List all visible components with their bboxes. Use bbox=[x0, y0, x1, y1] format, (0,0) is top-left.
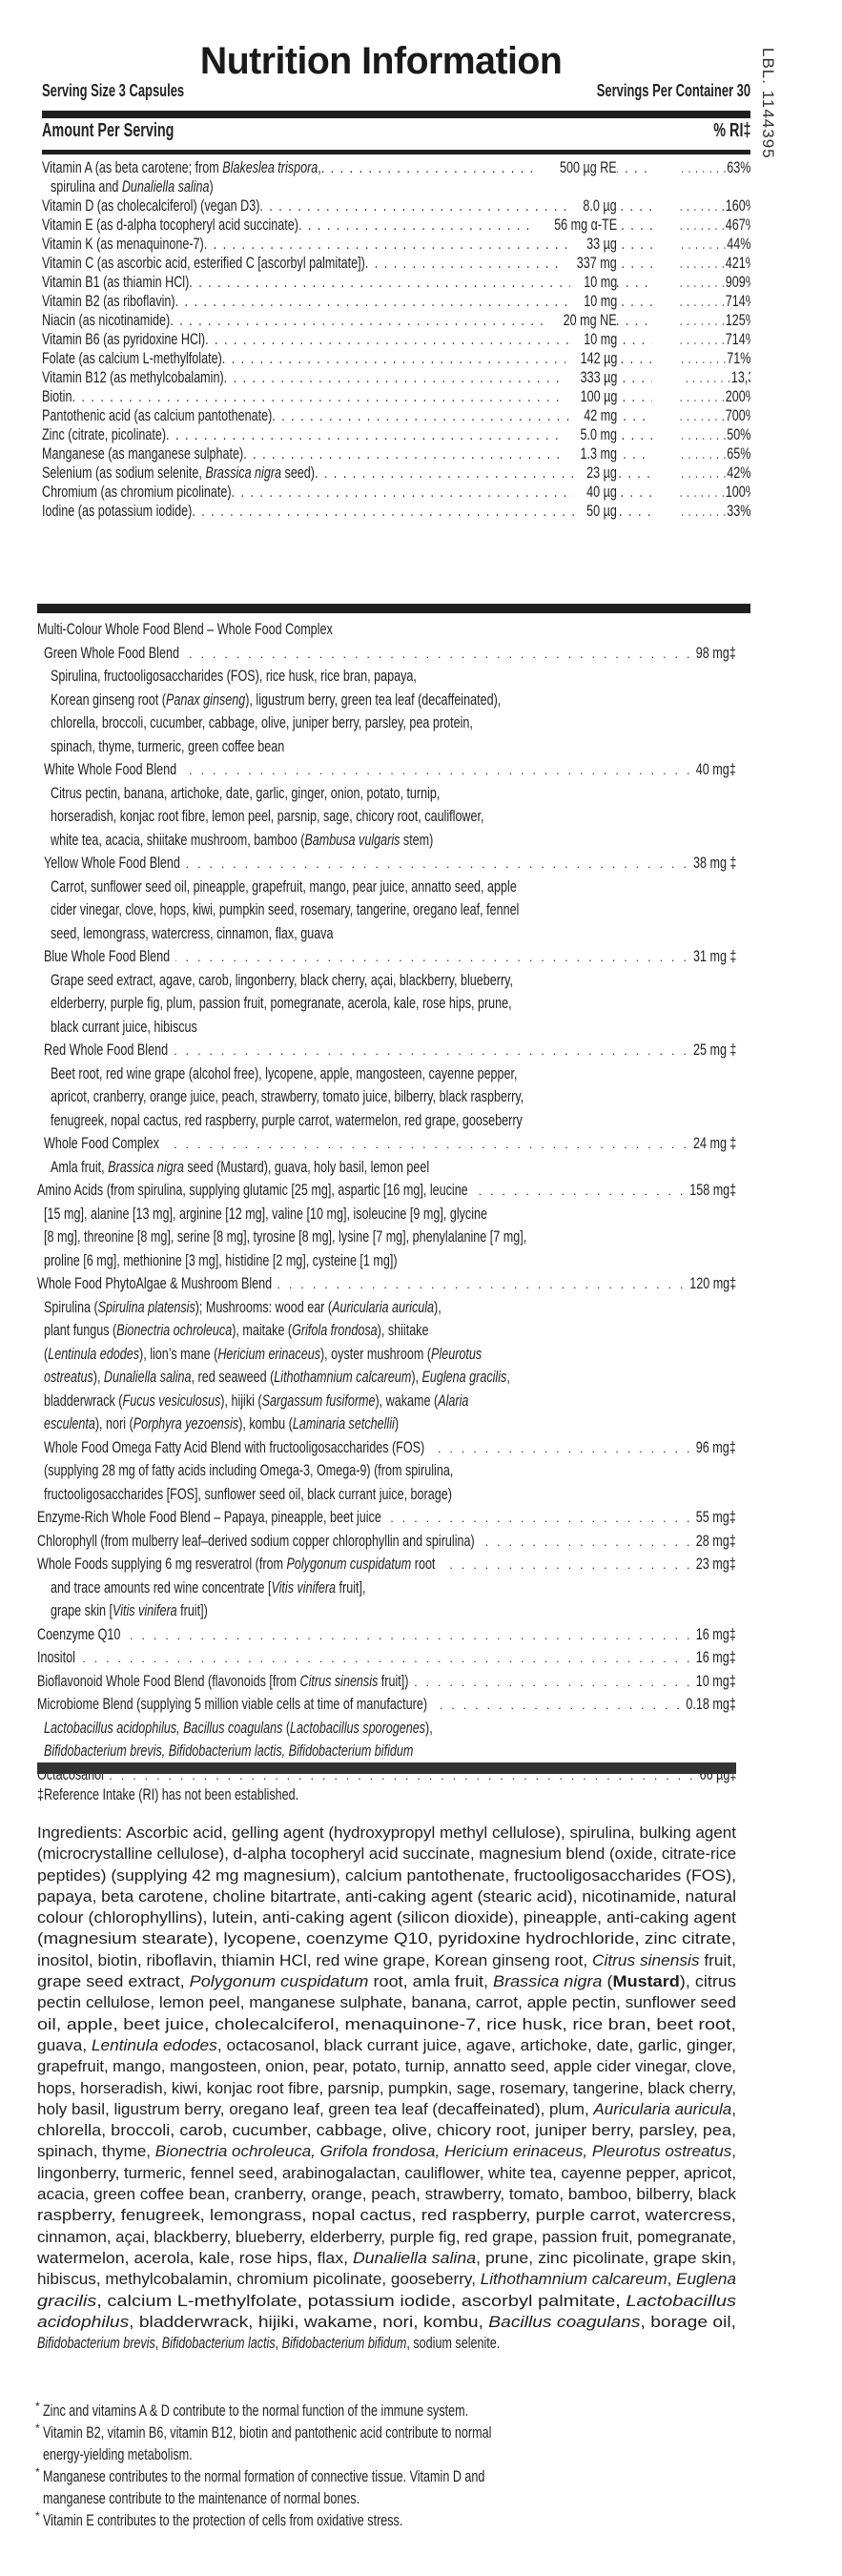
blend-text: elderberry, purple fig, plum, passion fr… bbox=[51, 992, 674, 1015]
ri-footnote-text: ‡Reference Intake (RI) has not been esta… bbox=[37, 1785, 298, 1804]
blend-text: [15 mg], alanine [13 mg], arginine [12 m… bbox=[44, 1203, 643, 1226]
vitamin-row: Pantothenic acid (as calcium pantothenat… bbox=[42, 406, 750, 425]
bottom-divider bbox=[37, 1762, 736, 1774]
blend-detail-line: esculenta), nori (Porphyra yezoensis), k… bbox=[37, 1412, 736, 1436]
serving-size: Serving Size 3 Capsules bbox=[42, 81, 184, 101]
nutrient-ri: . . . . . . . 467% bbox=[631, 216, 750, 235]
blend-text: ostreatus), Dunaliella salina, red seawe… bbox=[44, 1366, 674, 1389]
nutrient-name: Vitamin K (as menaquinone-7) . . . . . .… bbox=[42, 235, 652, 254]
nutrient-amount: 1.3 mg bbox=[565, 444, 617, 464]
dot-leader: . . . . . . . . . . . . . . . . . . . . … bbox=[430, 1436, 692, 1459]
blend-row: Multi-Colour Whole Food Blend – Whole Fo… bbox=[37, 618, 736, 642]
blend-detail-line: horseradish, konjac root fibre, lemon pe… bbox=[37, 805, 736, 829]
blend-detail-line: Korean ginseng root (Panax ginseng), lig… bbox=[37, 689, 736, 712]
blend-detail-line: (supplying 28 mg of fatty acids includin… bbox=[37, 1459, 736, 1483]
nutrient-name: Biotin . . . . . . . . . . . . . . . . .… bbox=[42, 387, 652, 406]
nutrient-ri: . . . . . . . 125% bbox=[631, 311, 750, 330]
dot-leader: . . . . . . . . . . . . . . . . . . . . … bbox=[126, 1623, 692, 1646]
ingredients-line: gracilis, calcium L-methylfolate, potass… bbox=[37, 2291, 743, 2312]
blend-detail-line: Beet root, red wine grape (alcohol free)… bbox=[37, 1062, 736, 1086]
blend-detail-line: (Lentinula edodes), lion’s mane (Hericiu… bbox=[37, 1343, 736, 1367]
blend-detail-line: grape skin [Vitis vinifera fruit]) bbox=[37, 1599, 736, 1623]
ingredients-list: Ingredients: Ascorbic acid, gelling agen… bbox=[37, 1823, 743, 2354]
nutrient-ri: . . . . . . . 200% bbox=[631, 387, 750, 406]
nutrient-ri: . . . . . . . 714% bbox=[631, 330, 750, 349]
nutrient-amount: 100 µg bbox=[565, 387, 617, 406]
blend-row: Yellow Whole Food Blend38 mg ‡. . . . . … bbox=[37, 852, 736, 876]
blend-text: horseradish, konjac root fibre, lemon pe… bbox=[51, 805, 636, 828]
ingredients-line: grapefruit, mango, mangosteen, onion, pe… bbox=[37, 2056, 743, 2077]
blend-detail-line: white tea, acacia, shiitake mushroom, ba… bbox=[37, 829, 736, 853]
blend-detail-line: elderberry, purple fig, plum, passion fr… bbox=[37, 992, 736, 1016]
blend-detail-line: plant fungus (Bionectria ochroleuca), ma… bbox=[37, 1319, 736, 1343]
ingredients-line: colour (chlorophyllins), lutein, anti-ca… bbox=[37, 1907, 743, 1928]
nutrient-amount: 142 µg bbox=[565, 349, 617, 368]
serving-info-row: Serving Size 3 Capsules Servings Per Con… bbox=[42, 81, 750, 106]
blend-detail-line: [15 mg], alanine [13 mg], arginine [12 m… bbox=[37, 1203, 736, 1226]
ingredients-line: grape seed extract, Polygonum cuspidatum… bbox=[37, 1971, 743, 1992]
dot-leader: . . . . . . . . . . . . . . . . . . . . … bbox=[433, 1693, 683, 1716]
ingredients-line: guava, Lentinula edodes, octacosanol, bl… bbox=[37, 2035, 743, 2056]
blend-detail-line: ostreatus), Dunaliella salina, red seawe… bbox=[37, 1366, 736, 1390]
vitamin-row: Vitamin D (as cholecalciferol) (vegan D3… bbox=[42, 196, 750, 216]
header-divider bbox=[42, 111, 750, 118]
blend-detail-line: Spirulina, fructooligosaccharides (FOS),… bbox=[37, 665, 736, 689]
blend-text: fenugreek, nopal cactus, red raspberry, … bbox=[51, 1109, 688, 1132]
vitamin-row: Manganese (as manganese sulphate) . . . … bbox=[42, 444, 750, 464]
blend-text: Multi-Colour Whole Food Blend – Whole Fo… bbox=[37, 618, 437, 641]
vitamin-row-continuation: spirulina and Dunaliella salina) bbox=[42, 177, 750, 196]
blend-row: Green Whole Food Blend98 mg‡. . . . . . … bbox=[37, 642, 736, 666]
ingredients-line: lingonberry, turmeric, fennel seed, arab… bbox=[37, 2163, 743, 2184]
vitamin-row: Vitamin B6 (as pyridoxine HCl) . . . . .… bbox=[42, 330, 750, 349]
vitamin-row: Zinc (citrate, picolinate) . . . . . . .… bbox=[42, 425, 750, 444]
vitamin-row: Chromium (as chromium picolinate) . . . … bbox=[42, 483, 750, 502]
label-code-text: LBL. 1144395 bbox=[758, 48, 777, 159]
nutrient-ri: . . . . . . . 71% bbox=[631, 349, 750, 368]
blend-row: Amino Acids (from spirulina, supplying g… bbox=[37, 1179, 736, 1203]
blend-detail-line: cider vinegar, clove, hops, kiwi, pumpki… bbox=[37, 898, 736, 922]
blend-detail-line: spinach, thyme, turmeric, green coffee b… bbox=[37, 735, 736, 759]
nutrient-amount: 500 µg RE bbox=[538, 158, 617, 177]
nutrient-amount: 333 µg bbox=[565, 368, 617, 387]
blend-text: Lactobacillus acidophilus, Bacillus coag… bbox=[44, 1717, 569, 1740]
blend-detail-line: bladderwrack (Fucus vesiculosus), hijiki… bbox=[37, 1390, 736, 1413]
nutrient-amount: 10 mg bbox=[570, 292, 617, 311]
nutrient-name: Iodine (as potassium iodide) . . . . . .… bbox=[42, 502, 652, 521]
blend-text: Amla fruit, Brassica nigra seed (Mustard… bbox=[51, 1156, 563, 1179]
dot-leader: . . . . . . . . . . . . . . . . . . . . … bbox=[441, 1553, 692, 1576]
nutrient-name: Chromium (as chromium picolinate) . . . … bbox=[42, 483, 652, 502]
nutrient-ri: . . . . . . . 421% bbox=[631, 254, 750, 273]
blend-detail-line: Citrus pectin, banana, artichoke, date, … bbox=[37, 782, 736, 806]
ingredients-line: chlorella, broccoli, carob, cucumber, ca… bbox=[37, 2120, 743, 2141]
ingredients-line: pectin cellulose, lemon peel, manganese … bbox=[37, 1992, 743, 2013]
nutrient-amount: 33 µg bbox=[574, 235, 617, 254]
title-text: Nutrition Information bbox=[200, 40, 562, 83]
nutrient-name: Vitamin B12 (as methylcobalamin) . . . .… bbox=[42, 368, 652, 387]
nutrient-ri: . . . . . . . 63% bbox=[631, 158, 750, 177]
dot-leader: . . . . . . . . . . . . . . . . . . . . … bbox=[182, 758, 692, 781]
nutrient-name: Vitamin B1 (as thiamin HCl) . . . . . . … bbox=[42, 273, 652, 292]
amount-divider bbox=[42, 150, 750, 155]
nutrient-amount: 10 mg bbox=[570, 330, 617, 349]
ingredients-line: raspberry, fenugreek, lemongrass, nopal … bbox=[37, 2205, 743, 2226]
health-claim-cont: energy-yielding metabolism. bbox=[35, 2443, 741, 2465]
ingredients-line: watermelon, acerola, kale, rose hips, fl… bbox=[37, 2248, 743, 2269]
ingredients-line: hibiscus, methylcobalamin, chromium pico… bbox=[37, 2269, 743, 2290]
blend-detail-line: Lactobacillus acidophilus, Bacillus coag… bbox=[37, 1717, 736, 1741]
nutrient-ri: . . . . . . . 42% bbox=[631, 464, 750, 483]
blend-detail-line: chlorella, broccoli, cucumber, cabbage, … bbox=[37, 711, 736, 735]
nutrient-name: Vitamin B2 (as riboflavin) . . . . . . .… bbox=[42, 292, 652, 311]
dot-leader: . . . . . . . . . . . . . . . . . . . . … bbox=[174, 1039, 688, 1061]
ingredients-line: holy basil, ligustrum berry, oregano lea… bbox=[37, 2099, 743, 2120]
dot-leader: . . . . . . . . . . . . . . . . . . . . … bbox=[474, 1179, 686, 1202]
ingredients-line: inositol, biotin, riboflavin, thiamin HC… bbox=[37, 1950, 743, 1971]
nutrient-name: Pantothenic acid (as calcium pantothenat… bbox=[42, 406, 652, 425]
nutrient-name: Selenium (as sodium selenite, Brassica n… bbox=[42, 464, 652, 483]
vitamin-row: Vitamin B1 (as thiamin HCl) . . . . . . … bbox=[42, 273, 750, 292]
ingredients-line: spinach, thyme, Bionectria ochroleuca, G… bbox=[37, 2141, 743, 2162]
ingredients-line: (microcrystalline cellulose), d-alpha to… bbox=[37, 1844, 743, 1865]
blend-text: bladderwrack (Fucus vesiculosus), hijiki… bbox=[44, 1390, 618, 1412]
blend-text: plant fungus (Bionectria ochroleuca), ma… bbox=[44, 1319, 564, 1342]
ingredients-line: Ingredients: Ascorbic acid, gelling agen… bbox=[37, 1823, 743, 1844]
blend-row: Red Whole Food Blend25 mg ‡. . . . . . .… bbox=[37, 1039, 736, 1062]
blend-text: Spirulina, fructooligosaccharides (FOS),… bbox=[51, 665, 545, 688]
blend-text: (Lentinula edodes), lion’s mane (Hericiu… bbox=[44, 1343, 636, 1366]
blend-row: Enzyme-Rich Whole Food Blend – Papaya, p… bbox=[37, 1506, 736, 1530]
nutrient-ri: . . . . . . . 909% bbox=[631, 273, 750, 292]
dot-leader: . . . . . . . . . . . . . . . . . . . . … bbox=[175, 945, 688, 968]
ingredients-line: cinnamon, açai, blackberry, blueberry, e… bbox=[37, 2227, 743, 2248]
blend-text: Korean ginseng root (Panax ginseng), lig… bbox=[51, 689, 659, 711]
blend-detail-line: [8 mg], threonine [8 mg], serine [8 mg],… bbox=[37, 1226, 736, 1249]
nutrient-ri: . . . . . . . 13,320% bbox=[631, 368, 750, 387]
blend-text: white tea, acacia, shiitake mushroom, ba… bbox=[51, 829, 567, 852]
vitamin-row: Vitamin A (as beta carotene; from Blakes… bbox=[42, 158, 750, 177]
blend-text: seed, lemongrass, watercress, cinnamon, … bbox=[51, 922, 433, 945]
blend-detail-line: seed, lemongrass, watercress, cinnamon, … bbox=[37, 922, 736, 946]
blend-detail-line: Spirulina (Spirulina platensis); Mushroo… bbox=[37, 1296, 736, 1320]
blend-detail-line: Grape seed extract, agave, carob, lingon… bbox=[37, 969, 736, 993]
blend-text: grape skin [Vitis vinifera fruit]) bbox=[51, 1599, 263, 1622]
asterisk: * bbox=[35, 2396, 40, 2418]
ingredients-line: papaya, beta carotene, choline bitartrat… bbox=[37, 1886, 743, 1907]
blend-row: White Whole Food Blend40 mg‡. . . . . . … bbox=[37, 758, 736, 782]
amount-per-serving-row: Amount Per Serving % RI‡ bbox=[42, 118, 750, 145]
nutrient-amount: 8.0 µg bbox=[569, 196, 617, 216]
dot-leader: . . . . . . . . . . . . . . . . . . . . … bbox=[186, 852, 689, 875]
blend-text: spinach, thyme, turmeric, green coffee b… bbox=[51, 735, 366, 758]
vitamin-row: Folate (as calcium L-methylfolate) . . .… bbox=[42, 349, 750, 368]
vitamin-table: Vitamin A (as beta carotene; from Blakes… bbox=[42, 158, 750, 521]
servings-per-container: Servings Per Container 30 bbox=[597, 81, 750, 101]
nutrient-ri: . . . . . . . 33% bbox=[631, 502, 750, 521]
ingredients-line: hops, horseradish, kiwi, konjac root fib… bbox=[37, 2078, 743, 2099]
blend-row: Bioflavonoid Whole Food Blend (flavonoid… bbox=[37, 1670, 736, 1694]
nutrient-name: Folate (as calcium L-methylfolate) . . .… bbox=[42, 349, 652, 368]
blend-row: Whole Food Complex24 mg ‡. . . . . . . .… bbox=[37, 1132, 736, 1156]
health-claim: *Manganese contributes to the normal for… bbox=[35, 2465, 741, 2487]
vitamin-row: Vitamin B2 (as riboflavin) . . . . . . .… bbox=[42, 292, 750, 311]
asterisk: * bbox=[35, 2418, 40, 2440]
nutrient-name: Manganese (as manganese sulphate) . . . … bbox=[42, 444, 652, 464]
ingredients-line: (magnesium stearate), lycopene, coenzyme… bbox=[37, 1928, 743, 1949]
blend-detail-line: apricot, cranberry, orange juice, peach,… bbox=[37, 1085, 736, 1109]
dot-leader: . . . . . . . . . . . . . . . . . . . . … bbox=[81, 1646, 692, 1669]
vitamin-row: Vitamin E (as d-alpha tocopheryl acid su… bbox=[42, 216, 750, 235]
blend-text: chlorella, broccoli, cucumber, cabbage, … bbox=[51, 711, 621, 734]
blend-text: cider vinegar, clove, hops, kiwi, pumpki… bbox=[51, 898, 684, 921]
dot-leader: . . . . . . . . . . . . . . . . . . . . … bbox=[165, 1132, 689, 1155]
dot-leader: . . . . . . . . . . . . . . . . . . . . … bbox=[414, 1670, 692, 1693]
vitamin-row: Niacin (as nicotinamide) . . . . . . . .… bbox=[42, 311, 750, 330]
blend-text: fructooligosaccharides [FOS], sunflower … bbox=[44, 1483, 595, 1506]
dot-leader: . . . . . . . . . . . . . . . . . . . . … bbox=[185, 642, 692, 665]
blend-row: Chlorophyll (from mulberry leaf–derived … bbox=[37, 1530, 736, 1554]
dot-leader: . . . . . . . . . . . . . . . . . . . . … bbox=[277, 1272, 686, 1295]
blend-row: Inositol16 mg‡. . . . . . . . . . . . . … bbox=[37, 1646, 736, 1670]
nutrient-name-cont: spirulina and Dunaliella salina) bbox=[51, 177, 661, 196]
ingredients-line: acacia, green coffee bean, cranberry, or… bbox=[37, 2184, 743, 2205]
blend-text: and trace amounts red wine concentrate [… bbox=[51, 1577, 477, 1599]
nutrient-amount: 56 mg α-TE bbox=[530, 216, 617, 235]
nutrient-amount: 10 mg bbox=[570, 273, 617, 292]
blend-text: [8 mg], threonine [8 mg], serine [8 mg],… bbox=[44, 1226, 696, 1248]
ri-header: % RI‡ bbox=[713, 120, 750, 142]
nutrient-amount: 5.0 mg bbox=[565, 425, 617, 444]
ingredients-line: acidophilus, bladderwrack, hijiki, wakam… bbox=[37, 2312, 743, 2333]
health-claim-cont: manganese contribute to the maintenance … bbox=[35, 2487, 741, 2509]
blend-text: (supplying 28 mg of fatty acids includin… bbox=[44, 1459, 597, 1482]
ingredients-line: peptides) (supplying 42 mg magnesium), c… bbox=[37, 1865, 743, 1886]
health-claim: *Vitamin B2, vitamin B6, vitamin B12, bi… bbox=[35, 2421, 741, 2443]
nutrient-amount: 337 mg bbox=[561, 254, 617, 273]
nutrient-ri: . . . . . . . 160% bbox=[631, 196, 750, 216]
vitamin-row: Vitamin B12 (as methylcobalamin) . . . .… bbox=[42, 368, 750, 387]
amount-per-serving-label: Amount Per Serving bbox=[42, 120, 174, 142]
nutrient-ri: . . . . . . . 65% bbox=[631, 444, 750, 464]
blend-detail-line: fructooligosaccharides [FOS], sunflower … bbox=[37, 1483, 736, 1507]
blend-text: Grape seed extract, agave, carob, lingon… bbox=[51, 969, 675, 992]
blend-row: Whole Food Omega Fatty Acid Blend with f… bbox=[37, 1436, 736, 1460]
nutrient-name: Zinc (citrate, picolinate) . . . . . . .… bbox=[42, 425, 652, 444]
nutrient-ri: . . . . . . . 44% bbox=[631, 235, 750, 254]
nutrient-amount: 23 µg bbox=[574, 464, 617, 483]
blend-text: Carrot, sunflower seed oil, pineapple, g… bbox=[51, 876, 681, 898]
blend-text: Spirulina (Spirulina platensis); Mushroo… bbox=[44, 1296, 581, 1319]
blend-text: Beet root, red wine grape (alcohol free)… bbox=[51, 1062, 682, 1085]
nutrient-name: Vitamin D (as cholecalciferol) (vegan D3… bbox=[42, 196, 652, 216]
blend-row: Microbiome Blend (supplying 5 million vi… bbox=[37, 1693, 736, 1717]
vitamin-row: Vitamin C (as ascorbic acid, esterified … bbox=[42, 254, 750, 273]
nutrient-ri: . . . . . . . 100% bbox=[631, 483, 750, 502]
blend-detail-line: Carrot, sunflower seed oil, pineapple, g… bbox=[37, 876, 736, 899]
asterisk: * bbox=[35, 2505, 40, 2527]
blend-detail-line: black currant juice, hibiscus bbox=[37, 1016, 736, 1040]
whole-food-blend-table: Multi-Colour Whole Food Blend – Whole Fo… bbox=[37, 618, 736, 1786]
blend-row: Whole Food PhytoAlgae & Mushroom Blend12… bbox=[37, 1272, 736, 1296]
blend-detail-line: Amla fruit, Brassica nigra seed (Mustard… bbox=[37, 1156, 736, 1180]
asterisk: * bbox=[35, 2462, 40, 2483]
nutrient-amount: 50 µg bbox=[574, 502, 617, 521]
blend-text: esculenta), nori (Porphyra yezoensis), k… bbox=[44, 1412, 524, 1435]
blend-row: Blue Whole Food Blend31 mg ‡. . . . . . … bbox=[37, 945, 736, 969]
vitamin-row: Biotin . . . . . . . . . . . . . . . . .… bbox=[42, 387, 750, 406]
blend-text: Bifidobacterium brevis, Bifidobacterium … bbox=[44, 1740, 543, 1762]
ingredients-line: Bifidobacterium brevis, Bifidobacterium … bbox=[37, 2333, 743, 2354]
nutrient-name: Vitamin B6 (as pyridoxine HCl) . . . . .… bbox=[42, 330, 652, 349]
nutrient-amount: 40 µg bbox=[574, 483, 617, 502]
nutrient-amount: 42 mg bbox=[570, 406, 617, 425]
blend-detail-line: and trace amounts red wine concentrate [… bbox=[37, 1577, 736, 1600]
blend-text: proline [6 mg], methionine [3 mg], histi… bbox=[44, 1249, 522, 1272]
dot-leader: . . . . . . . . . . . . . . . . . . . . … bbox=[481, 1530, 692, 1553]
section-divider bbox=[37, 604, 750, 613]
blend-text: black currant juice, hibiscus bbox=[51, 1016, 249, 1039]
health-claims: *Zinc and vitamins A & D contribute to t… bbox=[35, 2400, 741, 2531]
ingredients-line: oil, apple, beet juice, cholecalciferol,… bbox=[37, 2014, 743, 2035]
health-claim: *Zinc and vitamins A & D contribute to t… bbox=[35, 2400, 741, 2421]
nutrient-ri: . . . . . . . 714% bbox=[631, 292, 750, 311]
vitamin-row: Vitamin K (as menaquinone-7) . . . . . .… bbox=[42, 235, 750, 254]
ri-footnote: ‡Reference Intake (RI) has not been esta… bbox=[37, 1785, 390, 1804]
nutrient-ri: . . . . . . . 50% bbox=[631, 425, 750, 444]
nutrient-amount: 20 mg NE bbox=[543, 311, 617, 330]
blend-row: Coenzyme Q1016 mg‡. . . . . . . . . . . … bbox=[37, 1623, 736, 1647]
page-title: Nutrition Information bbox=[0, 40, 763, 83]
blend-text: apricot, cranberry, orange juice, peach,… bbox=[51, 1085, 690, 1108]
blend-detail-line: Bifidobacterium brevis, Bifidobacterium … bbox=[37, 1740, 736, 1763]
vitamin-row: Iodine (as potassium iodide) . . . . . .… bbox=[42, 502, 750, 521]
label-code: LBL. 1144395 bbox=[758, 48, 777, 159]
blend-text: Citrus pectin, banana, artichoke, date, … bbox=[51, 782, 577, 805]
blend-row: Whole Foods supplying 6 mg resveratrol (… bbox=[37, 1553, 736, 1577]
dot-leader: . . . . . . . . . . . . . . . . . . . . … bbox=[387, 1506, 692, 1529]
nutrient-ri: . . . . . . . 700% bbox=[631, 406, 750, 425]
blend-detail-line: fenugreek, nopal cactus, red raspberry, … bbox=[37, 1109, 736, 1133]
vitamin-row: Selenium (as sodium selenite, Brassica n… bbox=[42, 464, 750, 483]
blend-detail-line: proline [6 mg], methionine [3 mg], histi… bbox=[37, 1249, 736, 1273]
health-claim: *Vitamin E contributes to the protection… bbox=[35, 2509, 741, 2531]
